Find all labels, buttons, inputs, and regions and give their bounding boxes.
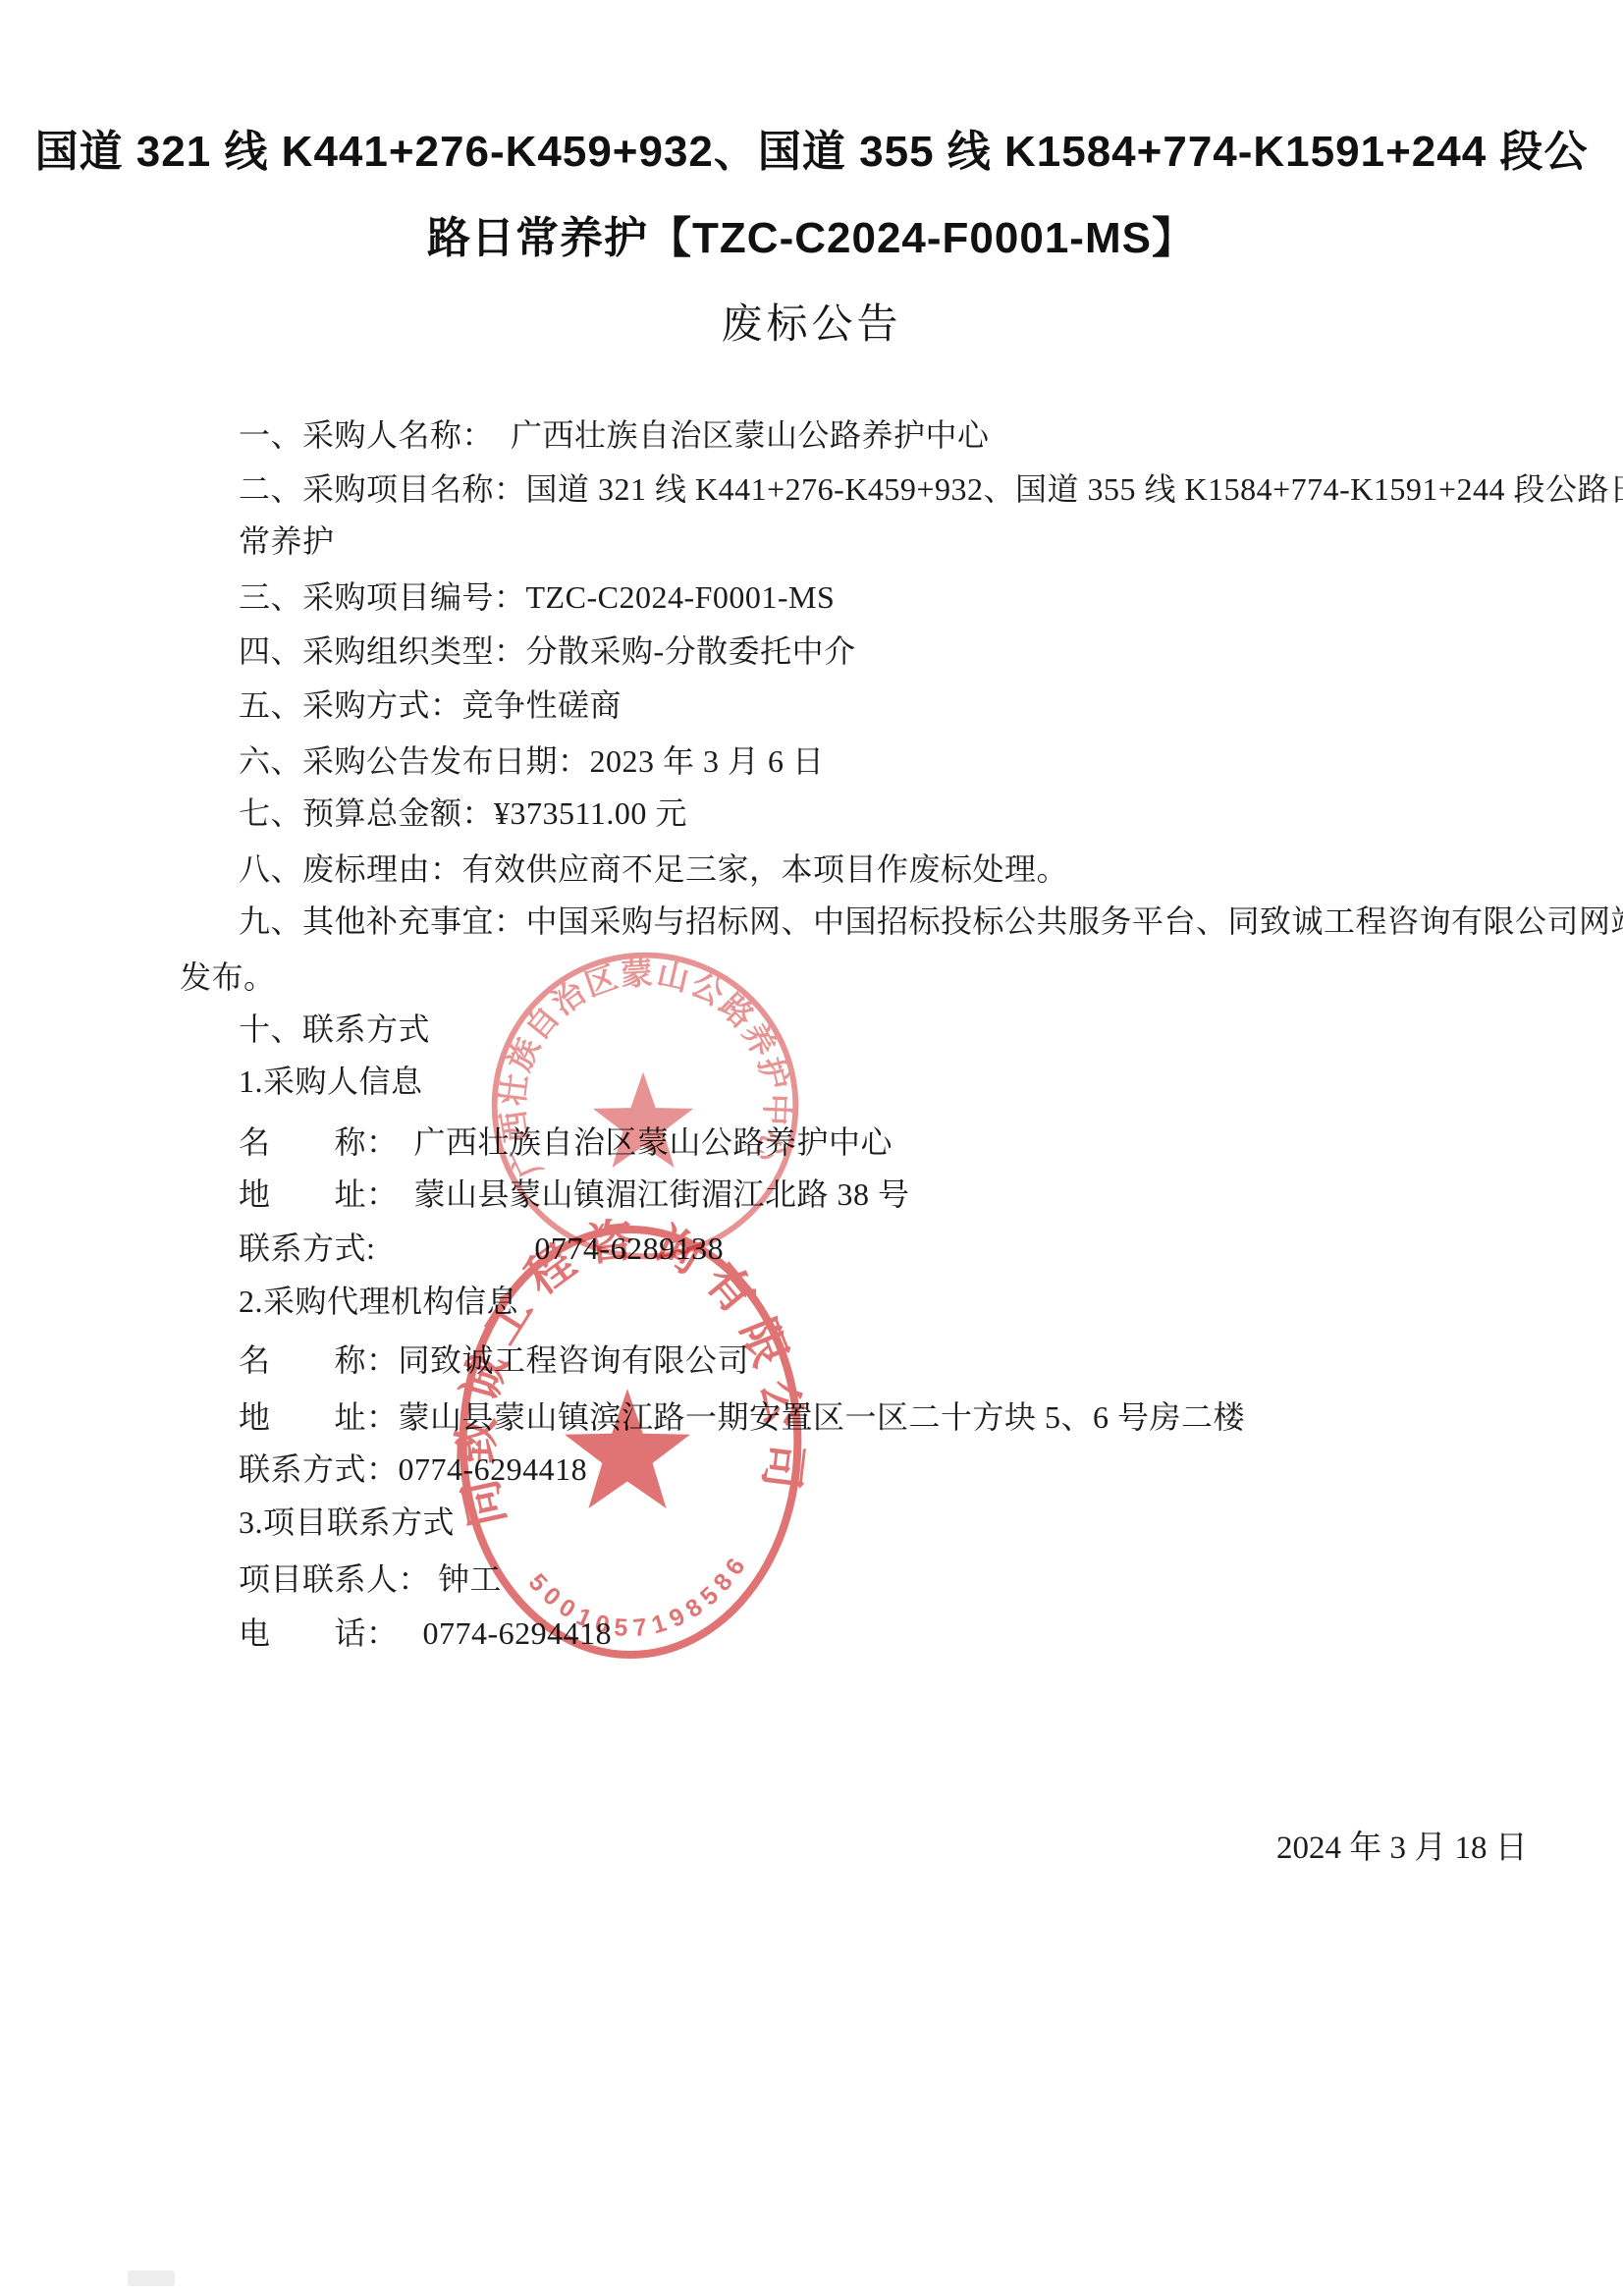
project-contact-label: 项目联系人： — [239, 1561, 430, 1597]
scan-artifact — [128, 2270, 175, 2286]
item-cancellation-reason: 八、废标理由：有效供应商不足三家，本项目作废标处理。 — [239, 849, 1068, 889]
item-project-number: 三、采购项目编号：TZC-C2024-F0001-MS — [239, 577, 835, 617]
purchaser-seal-stamp: 广西壮族自治区蒙山公路养护中心 — [482, 941, 808, 1271]
document-date: 2024 年 3 月 18 日 — [1276, 1822, 1528, 1868]
item-supplementary-line1: 九、其他补充事宜：中国采购与招标网、中国招标投标公共服务平台、同致诚工程咨询有限… — [239, 902, 1623, 941]
purchaser-address-line: 地 址：蒙山县蒙山镇湄江街湄江北路 38 号 — [239, 1175, 910, 1214]
purchaser-phone-line: 联系方式:0774-6289138 — [239, 1229, 724, 1268]
item-announcement-date: 六、采购公告发布日期：2023 年 3 月 6 日 — [239, 741, 825, 781]
doc-title-line1: 国道 321 线 K441+276-K459+932、国道 355 线 K158… — [0, 116, 1623, 179]
agency-address-line: 地 址：蒙山县蒙山镇滨江路一期安置区一区二十方块 5、6 号房二楼 — [239, 1397, 1245, 1437]
project-phone-label: 电 话： — [239, 1615, 415, 1651]
purchaser-name-line: 名 称：广西壮族自治区蒙山公路养护中心 — [239, 1122, 893, 1162]
agency-address-label: 地 址： — [239, 1399, 399, 1435]
item-contact-heading: 十、联系方式 — [239, 1010, 430, 1049]
agency-name-line: 名 称：同致诚工程咨询有限公司 — [239, 1340, 749, 1380]
project-phone-value: 0774-6294418 — [423, 1615, 613, 1651]
doc-subtitle: 废标公告 — [0, 292, 1623, 351]
purchaser-phone-label: 联系方式: — [239, 1230, 375, 1266]
purchaser-phone-value: 0774-6289138 — [534, 1230, 724, 1266]
agency-name-label: 名 称： — [239, 1342, 399, 1378]
agency-phone-label: 联系方式： — [239, 1451, 399, 1487]
project-phone-line: 电 话： 0774-6294418 — [239, 1613, 612, 1653]
item-purchaser-name: 一、采购人名称： 广西壮族自治区蒙山公路养护中心 — [239, 415, 990, 455]
doc-title-line2: 路日常养护【TZC-C2024-F0001-MS】 — [0, 202, 1623, 265]
purchaser-info-heading: 1.采购人信息 — [239, 1062, 423, 1101]
project-contact-heading: 3.项目联系方式 — [239, 1503, 455, 1542]
agency-info-heading: 2.采购代理机构信息 — [239, 1282, 518, 1321]
item-supplementary-line2: 发布。 — [180, 957, 276, 997]
item-procurement-method: 五、采购方式：竞争性磋商 — [239, 685, 622, 725]
purchaser-seal-graphic: 广西壮族自治区蒙山公路养护中心 — [482, 941, 808, 1271]
agency-phone-line: 联系方式：0774-6294418 — [239, 1449, 587, 1489]
project-contact-value: 钟工 — [438, 1561, 502, 1597]
document-page: 国道 321 线 K441+276-K459+932、国道 355 线 K158… — [0, 0, 1623, 2296]
purchaser-address-label: 地 址： — [239, 1176, 399, 1212]
agency-phone-value: 0774-6294418 — [399, 1451, 588, 1487]
item-budget-total: 七、预算总金额：¥373511.00 元 — [239, 793, 687, 833]
agency-name-value: 同致诚工程咨询有限公司 — [399, 1342, 750, 1378]
item-project-name-line1: 二、采购项目名称：国道 321 线 K441+276-K459+932、国道 3… — [239, 469, 1623, 509]
project-contact-line: 项目联系人：钟工 — [239, 1559, 502, 1599]
item-project-name-line2: 常养护 — [239, 521, 335, 561]
purchaser-name-value: 广西壮族自治区蒙山公路养护中心 — [414, 1124, 893, 1160]
purchaser-name-label: 名 称： — [239, 1124, 399, 1160]
item-organization-type: 四、采购组织类型：分散采购-分散委托中介 — [239, 631, 856, 671]
purchaser-address-value: 蒙山县蒙山镇湄江街湄江北路 38 号 — [414, 1176, 910, 1212]
agency-address-value: 蒙山县蒙山镇滨江路一期安置区一区二十方块 5、6 号房二楼 — [399, 1399, 1246, 1435]
